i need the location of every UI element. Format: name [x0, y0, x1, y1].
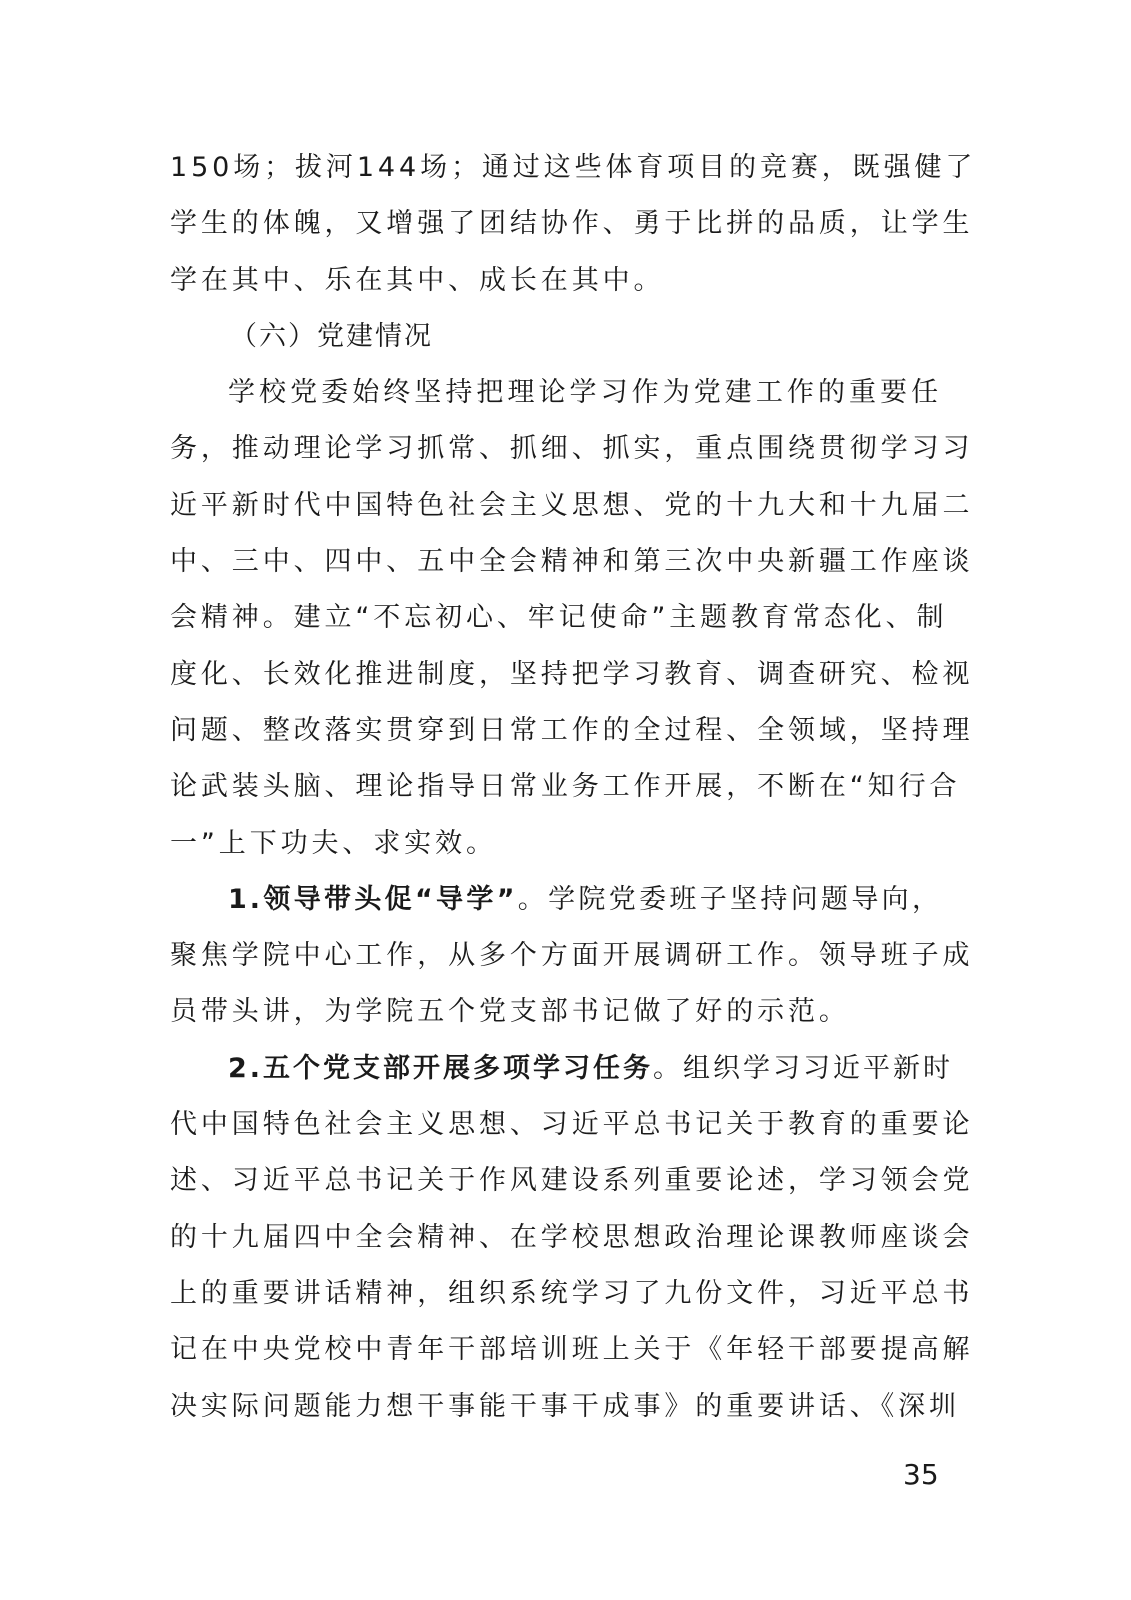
text-line: 度化、长效化推进制度，坚持把学习教育、调查研究、检视: [170, 647, 942, 703]
text-line: 2.五个党支部开展多项学习任务。组织学习习近平新时: [170, 1041, 942, 1097]
text-line: 的十九届四中全会精神、在学校思想政治理论课教师座谈会: [170, 1210, 942, 1266]
text-line: 上的重要讲话精神，组织系统学习了九份文件，习近平总书: [170, 1266, 942, 1322]
text-line: 会精神。建立“不忘初心、牢记使命”主题教育常态化、制: [170, 590, 942, 646]
paragraph-item-1: 1.领导带头促“导学”。学院党委班子坚持问题导向， 聚焦学院中心工作，从多个方面…: [170, 872, 942, 1041]
item-lead: 1.领导带头促“导学”: [228, 884, 517, 915]
text-line: 学在其中、乐在其中、成长在其中。: [170, 253, 942, 309]
text-line: 述、习近平总书记关于作风建设系列重要论述，学习领会党: [170, 1153, 942, 1209]
text-line: 决实际问题能力想干事能干事干成事》的重要讲话、《深圳: [170, 1379, 942, 1435]
text-line: 代中国特色社会主义思想、习近平总书记关于教育的重要论: [170, 1097, 942, 1153]
paragraph-party-building: 学校党委始终坚持把理论学习作为党建工作的重要任 务，推动理论学习抓常、抓细、抓实…: [170, 365, 942, 872]
text-line: 学校党委始终坚持把理论学习作为党建工作的重要任: [170, 365, 942, 421]
text-line: 中、三中、四中、五中全会精神和第三次中央新疆工作座谈: [170, 534, 942, 590]
page-number: 35: [903, 1458, 939, 1491]
text-line: 150场；拔河144场；通过这些体育项目的竞赛，既强健了: [170, 140, 942, 196]
text-line: 员带头讲，为学院五个党支部书记做了好的示范。: [170, 984, 942, 1040]
document-page: 150场；拔河144场；通过这些体育项目的竞赛，既强健了 学生的体魄，又增强了团…: [170, 140, 942, 1435]
text-line: 一”上下功夫、求实效。: [170, 816, 942, 872]
item-lead: 2.五个党支部开展多项学习任务: [228, 1053, 653, 1084]
section-heading: （六）党建情况: [170, 309, 942, 365]
text-line: 问题、整改落实贯穿到日常工作的全过程、全领域，坚持理: [170, 703, 942, 759]
text-line: 1.领导带头促“导学”。学院党委班子坚持问题导向，: [170, 872, 942, 928]
text-line: 记在中央党校中青年干部培训班上关于《年轻干部要提高解: [170, 1322, 942, 1378]
paragraph-item-2: 2.五个党支部开展多项学习任务。组织学习习近平新时 代中国特色社会主义思想、习近…: [170, 1041, 942, 1435]
text-line: 务，推动理论学习抓常、抓细、抓实，重点围绕贯彻学习习: [170, 421, 942, 477]
item-text: 。组织学习习近平新时: [653, 1053, 953, 1084]
text-line: 论武装头脑、理论指导日常业务工作开展，不断在“知行合: [170, 759, 942, 815]
paragraph-sports-continuation: 150场；拔河144场；通过这些体育项目的竞赛，既强健了 学生的体魄，又增强了团…: [170, 140, 942, 309]
text-line: 聚焦学院中心工作，从多个方面开展调研工作。领导班子成: [170, 928, 942, 984]
text-line: 学生的体魄，又增强了团结协作、勇于比拼的品质，让学生: [170, 196, 942, 252]
item-text: 。学院党委班子坚持问题导向，: [517, 884, 942, 915]
text-line: 近平新时代中国特色社会主义思想、党的十九大和十九届二: [170, 478, 942, 534]
